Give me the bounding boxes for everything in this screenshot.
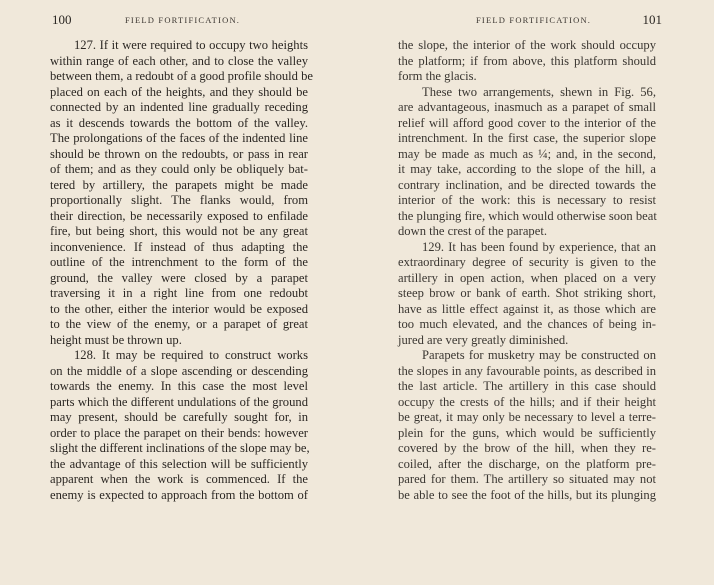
text-line: the plunging fire, which would otherwise… bbox=[398, 209, 656, 225]
text-line: on the middle of a slope ascending or de… bbox=[50, 364, 308, 380]
text-line: intrenchment. In the first case, the sup… bbox=[398, 131, 656, 147]
left-page-body: 127. If it were required to occupy two h… bbox=[50, 38, 308, 503]
text-line: outline of the intrenchment to the form … bbox=[50, 255, 308, 271]
text-line: extraordinary degree of security is give… bbox=[398, 255, 656, 271]
text-line: steep brow or bank of earth. Shot striki… bbox=[398, 286, 656, 302]
text-line: These two arrangements, shewn in Fig. 56… bbox=[398, 85, 656, 101]
text-line: it may take, according to the slope of t… bbox=[398, 162, 656, 178]
text-line: relief will afford good cover to the int… bbox=[398, 116, 656, 132]
text-line: too much elevated, and the chances of be… bbox=[398, 317, 656, 333]
text-line: enemy is expected to approach from the b… bbox=[50, 488, 308, 504]
text-line: be great, it may only be necessary to le… bbox=[398, 410, 656, 426]
text-line: traversing it in a right line from one r… bbox=[50, 286, 308, 302]
right-page-header: FIELD FORTIFICATION. 101 bbox=[402, 12, 660, 30]
text-line: the slope, the interior of the work shou… bbox=[398, 38, 656, 54]
right-page-body: the slope, the interior of the work shou… bbox=[398, 38, 656, 503]
text-line: the platform; if from above, this platfo… bbox=[398, 54, 656, 70]
text-line: plein for the guns, which would be suffi… bbox=[398, 426, 656, 442]
text-line: artillery in open action, when placed on… bbox=[398, 271, 656, 287]
text-line: the slopes in any favourable points, as … bbox=[398, 364, 656, 380]
text-line: their direction, be necessarily exposed … bbox=[50, 209, 308, 225]
text-line: connected by an indented line gradually … bbox=[50, 100, 308, 116]
text-line: be able to see the foot of the hills, bu… bbox=[398, 488, 656, 504]
text-line: down the crest of the parapet. bbox=[398, 224, 656, 240]
text-line: to the view of the enemy, or a parapet o… bbox=[50, 317, 308, 333]
text-line: tered by artillery, the parapets might b… bbox=[50, 178, 308, 194]
text-line: The prolongations of the faces of the in… bbox=[50, 131, 308, 147]
text-line: ground, the valley were closed by a para… bbox=[50, 271, 308, 287]
text-line: are advantageous, inasmuch as a parapet … bbox=[398, 100, 656, 116]
text-line: apparent when the work is commenced. If … bbox=[50, 472, 308, 488]
text-line: towards the enemy. In this case the most… bbox=[50, 379, 308, 395]
text-line: proportionally slight. The flanks would,… bbox=[50, 193, 308, 209]
text-line: fire, but being short, this would not be… bbox=[50, 224, 308, 240]
text-line: contrary inclination, and be directed to… bbox=[398, 178, 656, 194]
text-line: 127. If it were required to occupy two h… bbox=[50, 38, 308, 54]
text-line: pared for them. The artillery so situate… bbox=[398, 472, 656, 488]
text-line: between them, a redoubt of a good profil… bbox=[50, 69, 308, 85]
text-line: form the glacis. bbox=[398, 69, 656, 85]
text-line: have as little effect against it, as tho… bbox=[398, 302, 656, 318]
text-line: coiled, after the discharge, on the plat… bbox=[398, 457, 656, 473]
right-page: FIELD FORTIFICATION. 101 the slope, the … bbox=[357, 0, 714, 585]
text-line: interior of the work: this is necessary … bbox=[398, 193, 656, 209]
text-line: to the other, either the interior would … bbox=[50, 302, 308, 318]
text-line: order to place the parapet on their bend… bbox=[50, 426, 308, 442]
text-line: 129. It has been found by experience, th… bbox=[398, 240, 656, 256]
left-page-header: 100 FIELD FORTIFICATION. bbox=[50, 12, 308, 30]
text-line: occupy the crests of the hills; and if t… bbox=[398, 395, 656, 411]
text-line: jured are very greatly diminished. bbox=[398, 333, 656, 349]
text-line: placed on each of the heights, and they … bbox=[50, 85, 308, 101]
text-line: covered by the brow of the hill, when th… bbox=[398, 441, 656, 457]
text-line: may present, should be carefully sought … bbox=[50, 410, 308, 426]
page-number: 101 bbox=[643, 12, 663, 28]
text-line: the advantage of this selection will be … bbox=[50, 457, 308, 473]
left-page: 100 FIELD FORTIFICATION. 127. If it were… bbox=[0, 0, 357, 585]
text-line: of them; and as they could only be obliq… bbox=[50, 162, 308, 178]
text-line: height must be thrown up. bbox=[50, 333, 308, 349]
running-head: FIELD FORTIFICATION. bbox=[476, 15, 591, 25]
text-line: may be made as much as ¼; and, in the se… bbox=[398, 147, 656, 163]
text-line: within range of each other, and to close… bbox=[50, 54, 308, 70]
text-line: Parapets for musketry may be constructed… bbox=[398, 348, 656, 364]
running-head: FIELD FORTIFICATION. bbox=[125, 15, 240, 25]
text-line: as it descends towards the bottom of the… bbox=[50, 116, 308, 132]
page-number: 100 bbox=[52, 12, 72, 28]
text-line: slight the different inclinations of the… bbox=[50, 441, 308, 457]
text-line: the last article. The artillery in this … bbox=[398, 379, 656, 395]
text-line: parts which the different undulations of… bbox=[50, 395, 308, 411]
text-line: should be thrown on the redoubts, or pas… bbox=[50, 147, 308, 163]
text-line: inconvenience. If instead of thus adapti… bbox=[50, 240, 308, 256]
text-line: 128. It may be required to construct wor… bbox=[50, 348, 308, 364]
